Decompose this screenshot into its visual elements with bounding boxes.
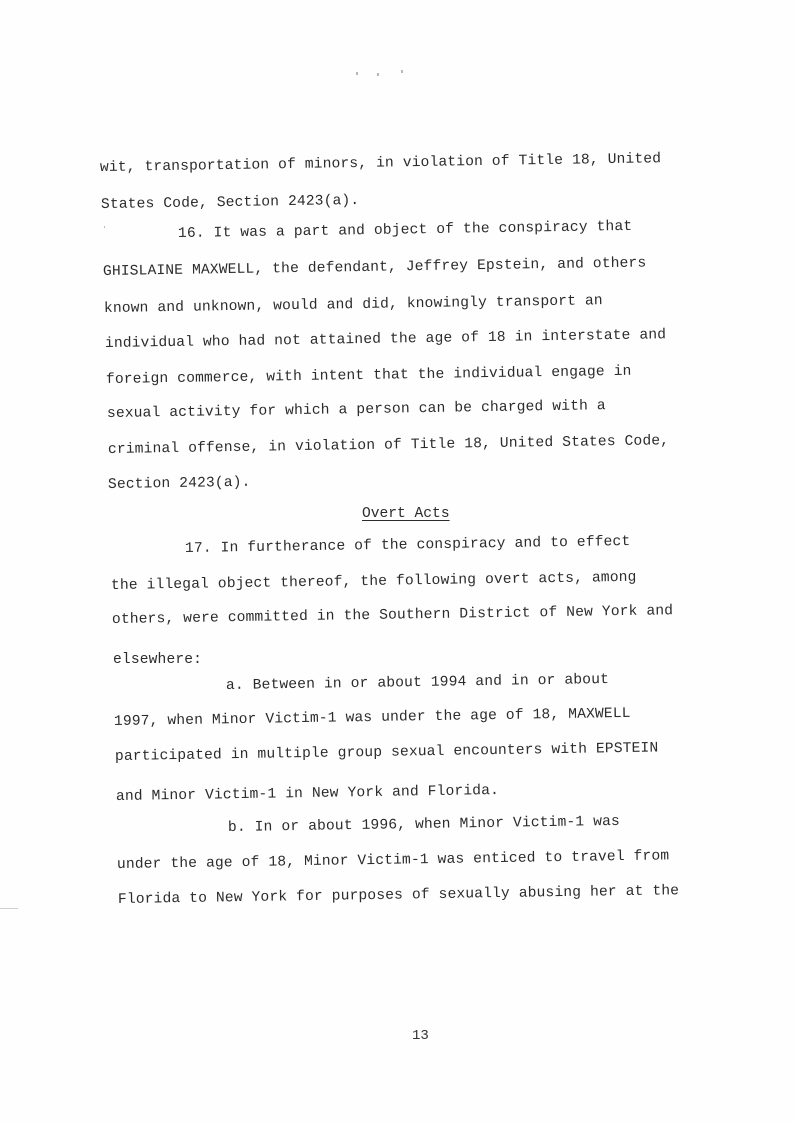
section-heading-overt-acts: Overt Acts <box>362 506 450 522</box>
document-line: individual who had not attained the age … <box>105 327 666 352</box>
document-line: 16. It was a part and object of the cons… <box>178 219 632 242</box>
document-page: wit, transportation of minors, in violat… <box>0 0 794 1123</box>
scan-speck <box>356 72 358 75</box>
document-line: elsewhere: <box>113 652 202 668</box>
document-line: and Minor Victim-1 in New York and Flori… <box>116 783 499 805</box>
document-line: known and unknown, would and did, knowin… <box>104 293 603 317</box>
document-line: Florida to New York for purposes of sexu… <box>118 883 679 908</box>
page-number: 13 <box>412 1028 429 1044</box>
scan-speck <box>104 226 105 228</box>
document-line: sexual activity for which a person can b… <box>107 398 606 422</box>
document-line: a. Between in or about 1994 and in or ab… <box>226 672 609 694</box>
scan-speck <box>401 70 403 73</box>
document-line: b. In or about 1996, when Minor Victim-1… <box>228 814 620 836</box>
document-line: States Code, Section 2423(a). <box>101 193 360 213</box>
document-line: criminal offense, in violation of Title … <box>108 433 669 458</box>
document-line: the illegal object thereof, the followin… <box>111 570 637 594</box>
document-line: under the age of 18, Minor Victim-1 was … <box>117 848 669 873</box>
document-line: 17. In furtherance of the conspiracy and… <box>185 534 631 557</box>
document-line: Section 2423(a). <box>108 475 251 493</box>
document-line: participated in multiple group sexual en… <box>115 740 659 765</box>
scan-speck <box>377 73 379 76</box>
document-line: wit, transportation of minors, in violat… <box>100 151 661 176</box>
document-line: 1997, when Minor Victim-1 was under the … <box>114 706 631 730</box>
document-line: others, were committed in the Southern D… <box>112 603 673 628</box>
scan-edge-mark <box>0 908 18 909</box>
document-line: GHISLAINE MAXWELL, the defendant, Jeffre… <box>103 255 647 280</box>
document-line: foreign commerce, with intent that the i… <box>106 364 632 388</box>
